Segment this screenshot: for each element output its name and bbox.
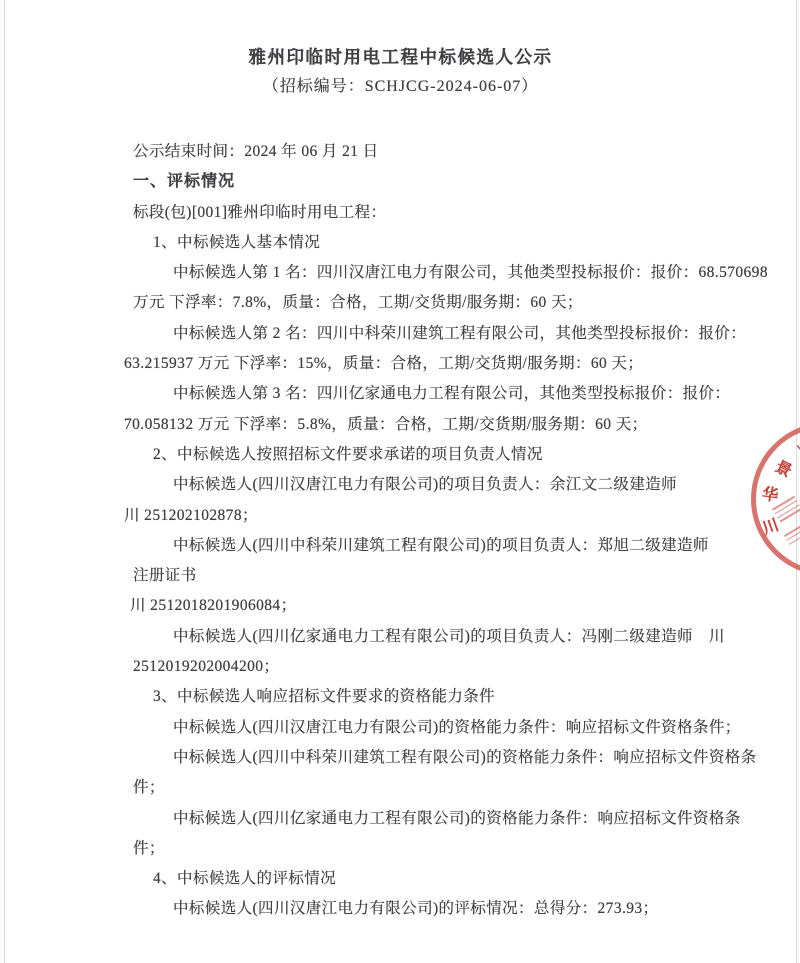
qualification-2-line: 中标候选人(四川中科荣川建筑工程有限公司)的资格能力条件：响应招标文件资格条 — [133, 743, 786, 773]
seal-arc-char: 华 — [761, 487, 779, 505]
bid-lot-line: 标段(包)[001]雅州印临时用电工程： — [133, 198, 786, 228]
candidate-1-line: 中标候选人第 1 名：四川汉唐江电力有限公司，其他类型投标报价：报价：68.57… — [133, 258, 786, 288]
publicity-end-time: 公示结束时间：2024 年 06 月 21 日 — [133, 137, 786, 167]
qualification-2-wrap: 件； — [133, 773, 786, 803]
candidate-2-line: 中标候选人第 2 名：四川中科荣川建筑工程有限公司，其他类型投标报价：报价： — [133, 319, 786, 349]
document-body: 公示结束时间：2024 年 06 月 21 日 一、评标情况 标段(包)[001… — [133, 137, 786, 925]
manager-2-cert-label: 注册证书 — [133, 561, 786, 591]
document-page: 雅州印临时用电工程中标候选人公示 （招标编号：SCHJCG-2024-06-07… — [4, 0, 797, 963]
candidate-3-wrap: 70.058132 万元 下浮率：5.8%，质量：合格，工期/交货期/服务期：6… — [124, 410, 786, 440]
manager-1-line: 中标候选人(四川汉唐江电力有限公司)的项目负责人：余江文二级建造师 — [133, 470, 786, 500]
item-1-heading: 1、中标候选人基本情况 — [133, 228, 786, 258]
candidate-1-wrap: 万元 下浮率：7.8%，质量：合格，工期/交货期/服务期：60 天； — [133, 288, 786, 318]
seal-arc-char: 景 — [772, 459, 794, 481]
item-4-heading: 4、中标候选人的评标情况 — [133, 864, 786, 894]
manager-2-cert: 川 2512018201906084； — [130, 591, 786, 621]
qualification-3-line: 中标候选人(四川亿家通电力工程有限公司)的资格能力条件：响应招标文件资格条 — [133, 804, 786, 834]
qualification-1-line: 中标候选人(四川汉唐江电力有限公司)的资格能力条件：响应招标文件资格条件； — [133, 713, 786, 743]
manager-2-line: 中标候选人(四川中科荣川建筑工程有限公司)的项目负责人：郑旭二级建造师 — [133, 531, 786, 561]
manager-3-cert: 2512019202004200； — [133, 652, 786, 682]
seal-micro-text — [784, 525, 800, 548]
candidate-2-wrap: 63.215937 万元 下浮率：15%，质量：合格，工期/交货期/服务期：60… — [124, 349, 786, 379]
tender-number: （招标编号：SCHJCG-2024-06-07） — [5, 73, 796, 96]
document-title: 雅州印临时用电工程中标候选人公示 — [5, 44, 796, 69]
qualification-3-wrap: 件； — [133, 834, 786, 864]
item-2-heading: 2、中标候选人按照招标文件要求承诺的项目负责人情况 — [133, 440, 786, 470]
manager-1-cert: 川 251202102878； — [124, 501, 786, 531]
seal-arc-char: 工 — [794, 438, 800, 461]
manager-3-line: 中标候选人(四川亿家通电力工程有限公司)的项目负责人：冯刚二级建造师 川 — [133, 622, 786, 652]
score-1-line: 中标候选人(四川汉唐江电力有限公司)的评标情况：总得分：273.93； — [133, 894, 786, 924]
candidate-3-line: 中标候选人第 3 名：四川亿家通电力工程有限公司，其他类型投标报价：报价： — [133, 379, 786, 409]
section-1-heading: 一、评标情况 — [133, 167, 786, 197]
item-3-heading: 3、中标候选人响应招标文件要求的资格能力条件 — [133, 682, 786, 712]
